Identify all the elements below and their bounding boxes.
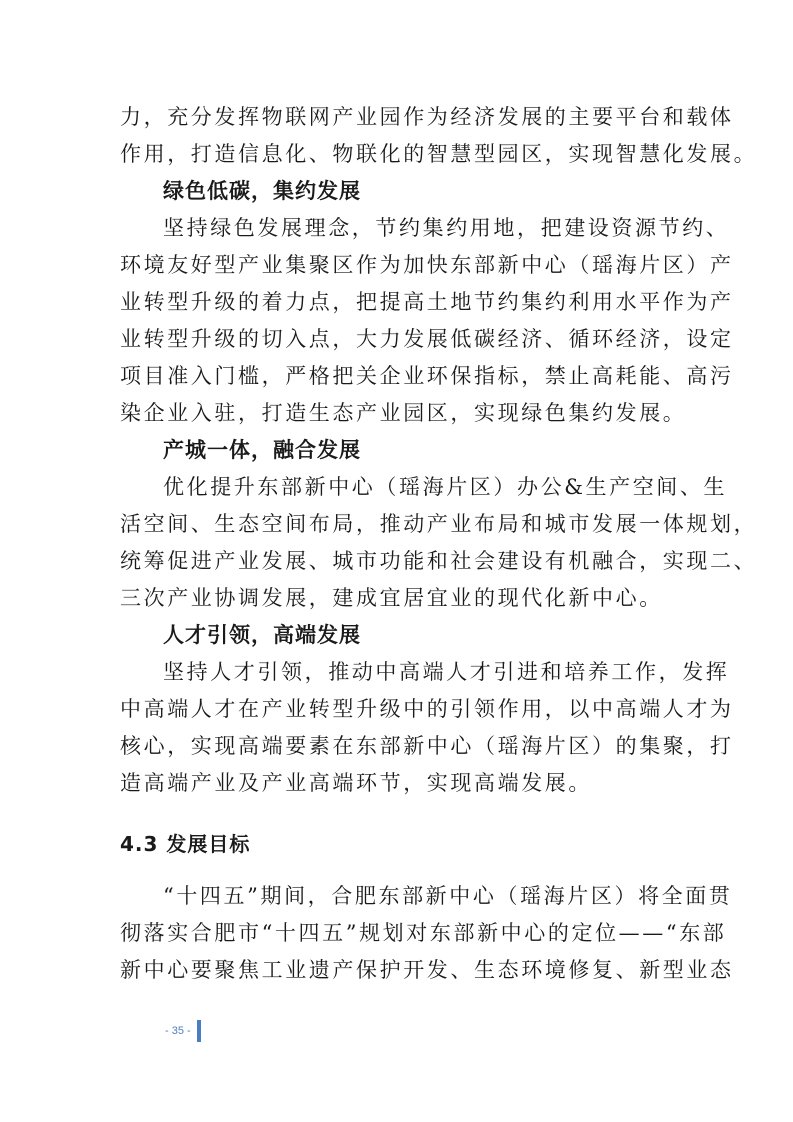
paragraph-line: 核心，实现高端要素在东部新中心（瑶海片区）的集聚，打 [120, 728, 676, 765]
paragraph-line: “十四五”期间，合肥东部新中心（瑶海片区）将全面贯 [120, 878, 676, 915]
page-number: - 35 - [165, 1025, 191, 1037]
section-heading-4-3: 4.3 发展目标 [120, 826, 676, 863]
paragraph-line: 坚持绿色发展理念，节约集约用地，把建设资源节约、 [120, 210, 676, 247]
paragraph-line: 新中心要聚焦工业遗产保护开发、生态环境修复、新型业态 [120, 952, 676, 989]
paragraph-line: 项目准入门槛，严格把关企业环保指标，禁止高耗能、高污 [120, 358, 676, 395]
paragraph-line: 优化提升东部新中心（瑶海片区）办公&生产空间、生 [120, 469, 676, 506]
paragraph-line: 活空间、生态空间布局，推动产业布局和城市发展一体规划， [120, 506, 676, 543]
document-page: 力，充分发挥物联网产业园作为经济发展的主要平台和载体 作用，打造信息化、物联化的… [0, 0, 793, 1122]
subheading-green-low-carbon: 绿色低碳，集约发展 [120, 173, 676, 210]
paragraph-line: 中高端人才在产业转型升级中的引领作用，以中高端人才为 [120, 691, 676, 728]
paragraph-line: 作用，打造信息化、物联化的智慧型园区，实现智慧化发展。 [120, 136, 676, 173]
subheading-city-industry-integration: 产城一体，融合发展 [120, 432, 676, 469]
paragraph-line: 造高端产业及产业高端环节，实现高端发展。 [120, 765, 676, 802]
paragraph-line: 三次产业协调发展，建成宜居宜业的现代化新中心。 [120, 580, 676, 617]
page-content: 力，充分发挥物联网产业园作为经济发展的主要平台和载体 作用，打造信息化、物联化的… [120, 99, 676, 989]
paragraph-line: 坚持人才引领，推动中高端人才引进和培养工作，发挥 [120, 654, 676, 691]
paragraph-line: 染企业入驻，打造生态产业园区，实现绿色集约发展。 [120, 395, 676, 432]
paragraph-line: 力，充分发挥物联网产业园作为经济发展的主要平台和载体 [120, 99, 676, 136]
paragraph-line: 业转型升级的着力点，把提高土地节约集约利用水平作为产 [120, 284, 676, 321]
paragraph-line: 彻落实合肥市“十四五”规划对东部新中心的定位——“东部 [120, 915, 676, 952]
subheading-talent-leading: 人才引领，高端发展 [120, 617, 676, 654]
paragraph-line: 环境友好型产业集聚区作为加快东部新中心（瑶海片区）产 [120, 247, 676, 284]
page-accent-bar [197, 1020, 201, 1042]
paragraph-line: 统筹促进产业发展、城市功能和社会建设有机融合，实现二、 [120, 543, 676, 580]
paragraph-line: 业转型升级的切入点，大力发展低碳经济、循环经济，设定 [120, 321, 676, 358]
page-footer: - 35 - [165, 1019, 201, 1043]
